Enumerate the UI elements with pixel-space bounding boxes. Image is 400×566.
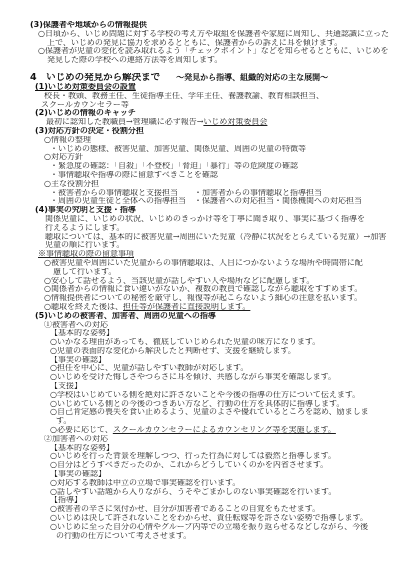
doc-line: ○被害児童や周囲にいた児童からの事情聴取は、人目につかないような場所や時間帯に配 (0, 259, 400, 268)
doc-text: ○保護者が児童の変化を読み取れるよう「チェックポイント」などを知らせるとともに、… (38, 47, 389, 55)
doc-text: 【指導】 (50, 496, 82, 504)
doc-line: 【事実の確認】 (0, 470, 400, 479)
doc-text: ○自己肯定感の喪失を食い止めるよう、児童のよさや優れているところを認め、励ましま (50, 408, 369, 416)
doc-text: す。 (56, 417, 71, 425)
doc-line: 校長・教頭、教務主任、生徒指導主任、学年主任、養護教諭、教育相談担当、 (0, 92, 400, 101)
doc-text: ○いじめを行った背景を理解しつつ、行った行為に対しては毅然と指導します。 (50, 452, 336, 460)
victim-response-heading: ①被害者への対応 (0, 321, 400, 330)
doc-line: 最初に認知した教職員→管理職に必ず報告→いじめ対策委員会 (0, 118, 400, 127)
doc-text: ○いじめは決して許されないことをわからせ、責任転嫁等を許さない姿勢で指導します。 (50, 514, 368, 522)
doc-line: ○保護者が児童の変化を読み取れるよう「チェックポイント」などを知らせるとともに、… (0, 47, 400, 56)
doc-text: ○対応する教師は中立の立場で事実確認を行います。 (50, 479, 240, 487)
doc-text: ・被害者からの事情聴取と支援担当 ・加害者からの事情聴取と指導担当 (50, 189, 322, 197)
doc-text: ○いかなる理由があっても、徹底していじめられた児童の味方になります。 (50, 338, 320, 346)
doc-text: ○日頃から、いじめ問題に対する学校の考え方や取組を保護者や家庭に周知し、共通認識… (38, 30, 389, 38)
doc-line: ○安心して話せるよう、当該児童が話しやすい人や場所などに配慮します。 (0, 277, 400, 286)
doc-text: (3)対応方針の決定・役割分担 (35, 127, 144, 135)
doc-line: す。 (0, 417, 400, 426)
document-body: (3)保護者や地域からの情報提供○日頃から、いじめ問題に対する学校の考え方や取組… (0, 21, 400, 540)
doc-text: 関係児童に、いじめの状況、いじめのきっかけ等を丁寧に聞き取り、事実に基づく指導を (45, 215, 365, 223)
doc-line: ・被害者からの事情聴取と支援担当 ・加害者からの事情聴取と指導担当 (0, 189, 400, 198)
doc-text: ※事情聴取の際の留意事項 (38, 250, 134, 258)
doc-text: ○被害児童や周囲にいた児童からの事情聴取は、人目につかないような場所や時間帯に配 (44, 259, 363, 267)
doc-text: ○いじめている側との今後のつきあい方など、行動の仕方を具体的に指導します。 (50, 400, 344, 408)
doc-line: ○担任を中心に、児童が話しやすい教師が対応します。 (0, 364, 400, 373)
doc-text: 【支援】 (50, 382, 82, 390)
doc-text: ○自分はどうすべきだったのか、これからどうしていくのかを内省させます。 (50, 461, 328, 469)
doc-text: スクールカウンセラーによるカウンセリング等を実施します。 (113, 426, 336, 434)
doc-line: ・事情聴取や指導の際に留意すべきことを確認 (0, 171, 400, 180)
doc-line: ○学校はいじめている側を絶対に許さないことや今後の指導の仕方について伝えます。 (0, 391, 400, 400)
doc-line: ○いじめを受けた悔しさやつらさに耳を傾け、共感しながら事実を確認します。 (0, 373, 400, 382)
doc-text: ○必要に応じて、 (50, 426, 113, 434)
doc-text: ○話しやすい話題から入りながら、うそやごまかしのない事実確認を行います。 (50, 488, 336, 496)
subsection5-heading: (5)いじめの被害者、加害者、周囲の児童への指導 (0, 312, 400, 321)
doc-text: ○対応方針 (44, 153, 83, 161)
subsection2-heading: (2)いじめの情報のキャッチ (0, 109, 400, 118)
doc-line: ○いじめを行った背景を理解しつつ、行った行為に対しては毅然と指導します。 (0, 452, 400, 461)
doc-line: 児童の順に行います。 (0, 241, 400, 250)
doc-line: ○話しやすい話題から入りながら、うそやごまかしのない事実確認を行います。 (0, 488, 400, 497)
doc-line: 聴取については、基本的に被害児童→周囲にいた児童（冷静に状況をとらえている児童）… (0, 233, 400, 242)
doc-text: ②加害者への対応 (44, 435, 108, 443)
doc-line: 【基本的な姿勢】 (0, 329, 400, 338)
doc-text: ○被害者の辛さに気付かせ、自分が加害者であることの自覚をもたせます。 (50, 505, 320, 513)
doc-line: の行動の仕方について考えさせます。 (0, 532, 400, 541)
doc-line: ○対応方針 (0, 153, 400, 162)
doc-text: ○聴取を終えた後は、 (44, 303, 123, 311)
doc-text: スクールカウンセラー等 (41, 101, 129, 109)
doc-text: 担任等が保護者に直接説明します。 (123, 303, 250, 311)
doc-text: (1)いじめ対策委員会の設置 (35, 83, 136, 91)
doc-line: ○いじめに至った自分の心情やグループ内等での立場を振り返らせるなどしながら、今後 (0, 523, 400, 532)
doc-line: 上で、いじめの発見に協力を求めるとともに、保護者からの訴えに耳を傾けます。 (0, 39, 400, 48)
doc-line: 【基本的な姿勢】 (0, 444, 400, 453)
doc-text: ○児童の表面的な変化から解決したと判断せず、支援を継続します。 (50, 347, 296, 355)
doc-text: ・緊急度の確認：「自殺」「不登校」「脅迫」「暴行」等の危険度の確認 (50, 162, 298, 170)
doc-line: ○いじめている側との今後のつきあい方など、行動の仕方を具体的に指導します。 (0, 400, 400, 409)
doc-text: (4)事実の究明と支援・指導 (35, 206, 136, 214)
doc-line: ○児童の表面的な変化から解決したと判断せず、支援を継続します。 (0, 347, 400, 356)
doc-text: 4 いじめの発見から解決まで (30, 73, 160, 83)
doc-line: 【指導】 (0, 496, 400, 505)
doc-line: ○いかなる理由があっても、徹底していじめられた児童の味方になります。 (0, 338, 400, 347)
doc-text: 児童の順に行います。 (45, 241, 124, 249)
doc-text: 【基本的な姿勢】 (50, 329, 114, 337)
doc-text: 発見した際の学校への連絡方法等を周知します。 (47, 56, 222, 64)
doc-line: 慮して行います。 (0, 268, 400, 277)
subsection1-heading: (1)いじめ対策委員会の設置 (0, 83, 400, 92)
doc-line: ○情報提供者についての秘密を厳守し、報復等が起こらないよう細心の注意を払います。 (0, 294, 400, 303)
doc-text: ・周囲の児童生徒と全体への指導担当 ・保護者への対応担当・関係機関への対応担当 (50, 197, 362, 205)
doc-text: ○いじめに至った自分の心情やグループ内等での立場を振り返らせるなどしながら、今後 (50, 523, 368, 531)
doc-text: 慮して行います。 (53, 268, 116, 276)
doc-text: ○情報提供者についての秘密を厳守し、報復等が起こらないよう細心の注意を払います。 (44, 294, 362, 302)
section3-heading: (3)保護者や地域からの情報提供 (0, 21, 400, 30)
doc-text: ○主な役割分担 (44, 180, 99, 188)
doc-text: 最初に認知した教職員→管理職に必ず報告→ (46, 118, 203, 126)
doc-text: ○関係者からの情報に食い違いがないか、複数の教員で確認しながら聴取をすすめます。 (44, 285, 362, 293)
doc-text: ①被害者への対応 (44, 321, 108, 329)
doc-text: 聴取については、基本的に被害児童→周囲にいた児童（冷静に状況をとらえている児童）… (45, 233, 386, 241)
doc-line: 【事実の確認】 (0, 356, 400, 365)
doc-text: ○学校はいじめている側を絶対に許さないことや今後の指導の仕方について伝えます。 (50, 391, 360, 399)
doc-text: ○担任を中心に、児童が話しやすい教師が対応します。 (50, 364, 248, 372)
doc-line: ○自分はどうすべきだったのか、これからどうしていくのかを内省させます。 (0, 461, 400, 470)
doc-text: 【事実の確認】 (50, 470, 106, 478)
doc-text: 【事実の確認】 (50, 356, 106, 364)
spacer (0, 65, 400, 73)
perpetrator-response-heading: ②加害者への対応 (0, 435, 400, 444)
doc-line: ・緊急度の確認：「自殺」「不登校」「脅迫」「暴行」等の危険度の確認 (0, 162, 400, 171)
doc-line: ○聴取を終えた後は、担任等が保護者に直接説明します。 (0, 303, 400, 312)
doc-text: 上で、いじめの発見に協力を求めるとともに、保護者からの訴えに耳を傾けます。 (47, 39, 342, 47)
doc-text: (3)保護者や地域からの情報提供 (30, 21, 147, 29)
doc-line: 関係児童に、いじめの状況、いじめのきっかけ等を丁寧に聞き取り、事実に基づく指導を (0, 215, 400, 224)
doc-line: ○対応する教師は中立の立場で事実確認を行います。 (0, 479, 400, 488)
doc-text: ○いじめを受けた悔しさやつらさに耳を傾け、共感しながら事実を確認します。 (50, 373, 336, 381)
doc-line: スクールカウンセラー等 (0, 101, 400, 110)
doc-line: ・いじめの態様、被害児童、加害児童、関係児童、周囲の児童の特徴等 (0, 145, 400, 154)
doc-text: ○安心して話せるよう、当該児童が話しやすい人や場所などに配慮します。 (44, 277, 314, 285)
doc-text: (5)いじめの被害者、加害者、周囲の児童への指導 (35, 312, 216, 320)
section4-heading: 4 いじめの発見から解決まで ～発見から指導、組織的対応の主な展開～ (0, 73, 400, 83)
doc-line: ○日頃から、いじめ問題に対する学校の考え方や取組を保護者や家庭に周知し、共通認識… (0, 30, 400, 39)
doc-line: ・周囲の児童生徒と全体への指導担当 ・保護者への対応担当・関係機関への対応担当 (0, 197, 400, 206)
doc-text: の行動の仕方について考えさせます。 (56, 532, 191, 540)
doc-text: (2)いじめの情報のキャッチ (35, 109, 136, 117)
doc-text: ・いじめの態様、被害児童、加害児童、関係児童、周囲の児童の特徴等 (50, 145, 306, 153)
doc-line: ○情報の整理 (0, 136, 400, 145)
doc-line: ○関係者からの情報に食い違いがないか、複数の教員で確認しながら聴取をすすめます。 (0, 285, 400, 294)
subsection4-heading: (4)事実の究明と支援・指導 (0, 206, 400, 215)
doc-text: ・事情聴取や指導の際に留意すべきことを確認 (50, 171, 218, 179)
subsection3-heading: (3)対応方針の決定・役割分担 (0, 127, 400, 136)
doc-line: 【支援】 (0, 382, 400, 391)
doc-text: いじめ対策委員会 (203, 118, 267, 126)
doc-line: ○主な役割分担 (0, 180, 400, 189)
note-heading: ※事情聴取の際の留意事項 (0, 250, 400, 259)
doc-text: 行えるようにします。 (45, 224, 124, 232)
document-page: (3)保護者や地域からの情報提供○日頃から、いじめ問題に対する学校の考え方や取組… (0, 0, 400, 566)
doc-text: ○情報の整理 (44, 136, 91, 144)
doc-line: 行えるようにします。 (0, 224, 400, 233)
doc-line: ○いじめは決して許されないことをわからせ、責任転嫁等を許さない姿勢で指導します。 (0, 514, 400, 523)
doc-text: 校長・教頭、教務主任、生徒指導主任、学年主任、養護教諭、教育相談担当、 (44, 92, 324, 100)
doc-line: ○自己肯定感の喪失を食い止めるよう、児童のよさや優れているところを認め、励ましま (0, 408, 400, 417)
doc-line: ○必要に応じて、スクールカウンセラーによるカウンセリング等を実施します。 (0, 426, 400, 435)
doc-text: ～発見から指導、組織的対応の主な展開～ (160, 73, 328, 82)
doc-line: 発見した際の学校への連絡方法等を周知します。 (0, 56, 400, 65)
doc-text: 【基本的な姿勢】 (50, 444, 114, 452)
doc-line: ○被害者の辛さに気付かせ、自分が加害者であることの自覚をもたせます。 (0, 505, 400, 514)
